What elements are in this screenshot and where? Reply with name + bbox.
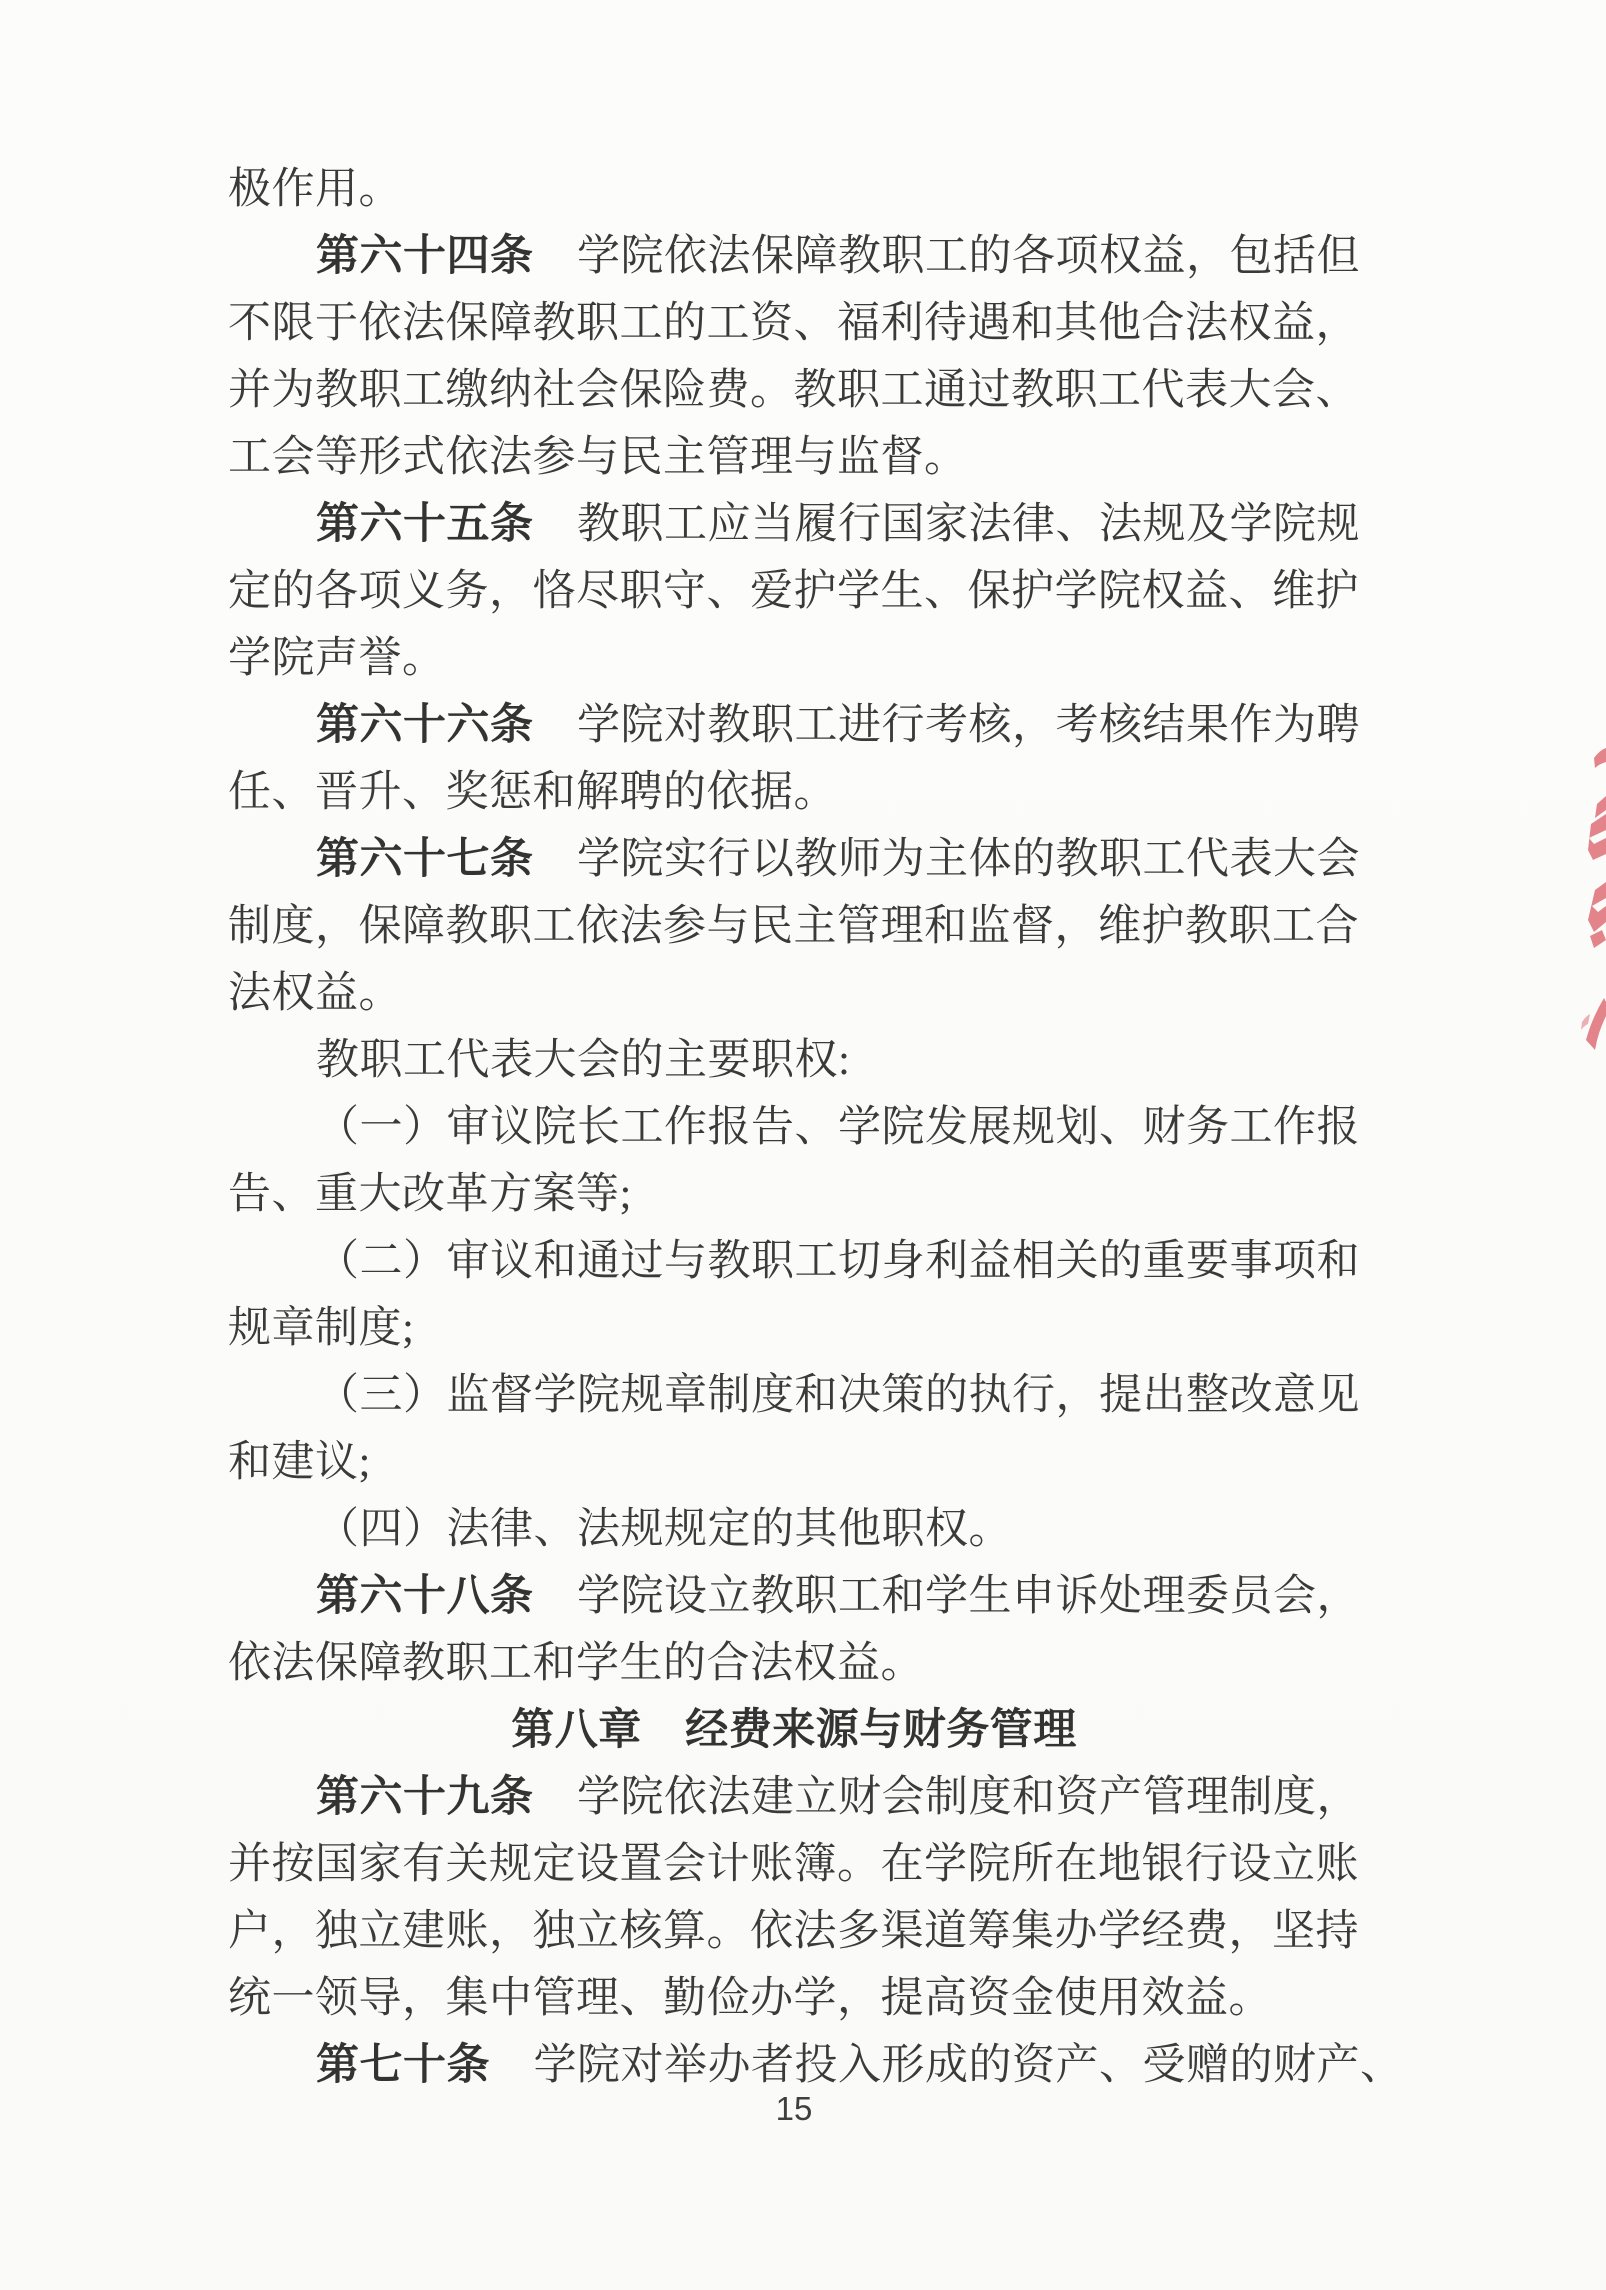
- text-line: 并按国家有关规定设置会计账簿。在学院所在地银行设立账: [228, 1831, 1360, 1898]
- text-segment: （二）审议和通过与教职工切身利益相关的重要事项和: [316, 1238, 1360, 1285]
- article-number: 第六十八条: [316, 1573, 534, 1620]
- text-segment: 不限于依法保障教职工的工资、福利待遇和其他合法权益，: [228, 300, 1359, 347]
- text-line: 定的各项义务，恪尽职守、爱护学生、保护学院权益、维护: [228, 558, 1360, 625]
- text-segment: 学院实行以教师为主体的教职工代表大会: [534, 836, 1361, 883]
- chapter-title: 第八章 经费来源与财务管理: [511, 1707, 1077, 1754]
- text-line: 第六十五条 教职工应当履行国家法律、法规及学院规: [228, 491, 1360, 558]
- text-line: 学院声誉。: [228, 625, 1360, 692]
- text-line: 不限于依法保障教职工的工资、福利待遇和其他合法权益，: [228, 290, 1360, 357]
- text-segment: 告、重大改革方案等;: [228, 1171, 632, 1218]
- text-line: 依法保障教职工和学生的合法权益。: [228, 1630, 1360, 1697]
- text-segment: 学院设立教职工和学生申诉处理委员会，: [534, 1573, 1361, 1620]
- text-line: 户，独立建账，独立核算。依法多渠道筹集办学经费，坚持: [228, 1898, 1360, 1965]
- text-line: 第六十七条 学院实行以教师为主体的教职工代表大会: [228, 826, 1360, 893]
- article-number: 第六十六条: [316, 702, 534, 749]
- text-segment: （三）监督学院规章制度和决策的执行，提出整改意见: [316, 1372, 1360, 1419]
- document-body: 极作用。第六十四条 学院依法保障教职工的各项权益，包括但不限于依法保障教职工的工…: [228, 156, 1360, 2099]
- text-line: （一）审议院长工作报告、学院发展规划、财务工作报: [228, 1094, 1360, 1161]
- text-line: 第六十九条 学院依法建立财会制度和资产管理制度，: [228, 1764, 1360, 1831]
- text-segment: 并为教职工缴纳社会保险费。教职工通过教职工代表大会、: [228, 367, 1359, 414]
- text-segment: 制度，保障教职工依法参与民主管理和监督，维护教职工合: [228, 903, 1359, 950]
- article-number: 第六十九条: [316, 1774, 534, 1821]
- text-segment: 学院依法保障教职工的各项权益，包括但: [534, 233, 1361, 280]
- text-line: 规章制度;: [228, 1295, 1360, 1362]
- text-segment: 依法保障教职工和学生的合法权益。: [228, 1640, 924, 1687]
- text-segment: 和建议;: [228, 1439, 371, 1486]
- text-segment: 教职工应当履行国家法律、法规及学院规: [534, 501, 1361, 548]
- text-line: （二）审议和通过与教职工切身利益相关的重要事项和: [228, 1228, 1360, 1295]
- text-segment: 任、晋升、奖惩和解聘的依据。: [228, 769, 837, 816]
- text-line: 任、晋升、奖惩和解聘的依据。: [228, 759, 1360, 826]
- text-line: 第七十条 学院对举办者投入形成的资产、受赠的财产、: [228, 2032, 1360, 2099]
- text-segment: 并按国家有关规定设置会计账簿。在学院所在地银行设立账: [228, 1841, 1359, 1888]
- article-number: 第六十五条: [316, 501, 534, 548]
- text-segment: 法权益。: [228, 970, 402, 1017]
- text-line: （四）法律、法规规定的其他职权。: [228, 1496, 1360, 1563]
- chapter-heading: 第八章 经费来源与财务管理: [228, 1697, 1360, 1764]
- text-segment: 学院依法建立财会制度和资产管理制度，: [534, 1774, 1361, 1821]
- text-line: 极作用。: [228, 156, 1360, 223]
- document-page: 极作用。第六十四条 学院依法保障教职工的各项权益，包括但不限于依法保障教职工的工…: [0, 0, 1606, 2290]
- red-seal-fragment-icon: [1564, 740, 1606, 1070]
- text-segment: 教职工代表大会的主要职权:: [316, 1037, 850, 1084]
- text-segment: 定的各项义务，恪尽职守、爱护学生、保护学院权益、维护: [228, 568, 1359, 615]
- text-segment: 规章制度;: [228, 1305, 414, 1352]
- text-line: （三）监督学院规章制度和决策的执行，提出整改意见: [228, 1362, 1360, 1429]
- text-line: 法权益。: [228, 960, 1360, 1027]
- text-line: 并为教职工缴纳社会保险费。教职工通过教职工代表大会、: [228, 357, 1360, 424]
- text-segment: 户，独立建账，独立核算。依法多渠道筹集办学经费，坚持: [228, 1908, 1359, 1955]
- article-number: 第六十四条: [316, 233, 534, 280]
- text-line: 告、重大改革方案等;: [228, 1161, 1360, 1228]
- text-segment: 学院对教职工进行考核，考核结果作为聘: [534, 702, 1361, 749]
- text-segment: 学院声誉。: [228, 635, 446, 682]
- text-line: 工会等形式依法参与民主管理与监督。: [228, 424, 1360, 491]
- text-segment: 学院对举办者投入形成的资产、受赠的财产、: [490, 2042, 1404, 2089]
- text-segment: （一）审议院长工作报告、学院发展规划、财务工作报: [316, 1104, 1360, 1151]
- text-line: 制度，保障教职工依法参与民主管理和监督，维护教职工合: [228, 893, 1360, 960]
- article-number: 第七十条: [316, 2042, 490, 2089]
- article-number: 第六十七条: [316, 836, 534, 883]
- text-line: 和建议;: [228, 1429, 1360, 1496]
- text-line: 第六十八条 学院设立教职工和学生申诉处理委员会，: [228, 1563, 1360, 1630]
- text-segment: （四）法律、法规规定的其他职权。: [316, 1506, 1012, 1553]
- text-line: 第六十六条 学院对教职工进行考核，考核结果作为聘: [228, 692, 1360, 759]
- text-segment: 极作用。: [228, 166, 402, 213]
- text-line: 教职工代表大会的主要职权:: [228, 1027, 1360, 1094]
- text-segment: 工会等形式依法参与民主管理与监督。: [228, 434, 968, 481]
- text-segment: 统一领导，集中管理、勤俭办学，提高资金使用效益。: [228, 1975, 1272, 2022]
- text-line: 第六十四条 学院依法保障教职工的各项权益，包括但: [228, 223, 1360, 290]
- page-number: 15: [228, 2090, 1360, 2128]
- text-line: 统一领导，集中管理、勤俭办学，提高资金使用效益。: [228, 1965, 1360, 2032]
